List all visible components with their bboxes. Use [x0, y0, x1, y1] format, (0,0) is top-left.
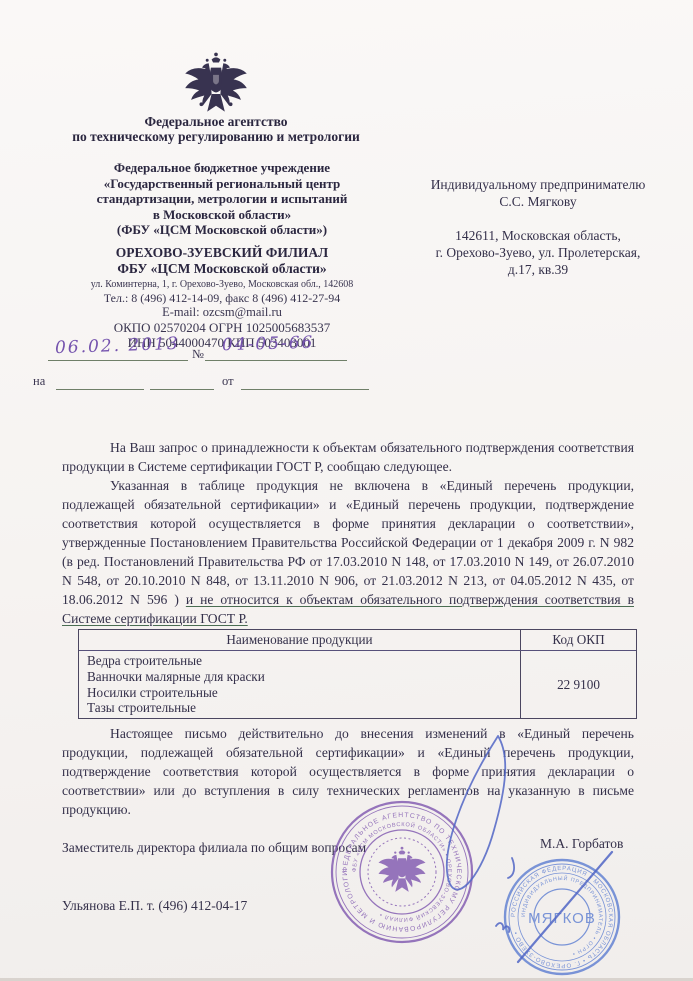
scanned-letter-page: Федеральное агентство по техническому ре… — [0, 0, 693, 981]
recipient-addr3: д.17, кв.39 — [392, 261, 684, 278]
entrepreneur-round-stamp: РОССИЙСКАЯ ФЕДЕРАЦИЯ • МОСКОВСКАЯ ОБЛАСТ… — [505, 860, 619, 974]
org-line: стандартизации, метрологии и испытаний — [46, 191, 398, 207]
product-table: Наименование продукции Код ОКП Ведра стр… — [78, 629, 637, 719]
executor-line: Ульянова Е.П. т. (496) 412-04-17 — [62, 898, 247, 914]
address-line: ул. Коминтерна, 1, г. Орехово-Зуево, Мос… — [26, 278, 418, 291]
coat-of-arms-eagle-icon — [171, 50, 261, 116]
recipient-block: Индивидуальному предпринимателю С.С. Мяг… — [392, 176, 684, 278]
paragraph-1: На Ваш запрос о принадлежности к объекта… — [62, 438, 634, 476]
entrepreneur-stamp-inner-ring-text: ИНДИВИДУАЛЬНЫЙ ПРЕДПРИНИМАТЕЛЬ • ОГРН • — [521, 874, 603, 957]
agency-line1: Федеральное агентство — [30, 114, 402, 129]
org-line: (ФБУ «ЦСМ Московской области») — [46, 222, 398, 238]
product-item: Ванночки малярные для краски — [87, 669, 512, 685]
org-line: Федеральное бюджетное учреждение — [46, 160, 398, 176]
product-item: Тазы строительные — [87, 700, 512, 716]
recipient-line2: С.С. Мягкову — [392, 193, 684, 210]
organization-name: Федеральное бюджетное учреждение «Госуда… — [46, 160, 398, 238]
na-rule-line-2 — [150, 389, 214, 390]
org-line: в Московской области» — [46, 207, 398, 223]
phone-line: Тел.: 8 (496) 412-14-09, факс 8 (496) 41… — [26, 291, 418, 305]
table-body-row: Ведра строительные Ванночки малярные для… — [79, 651, 636, 718]
agency-line2: по техническому регулированию и метролог… — [30, 129, 402, 144]
svg-text:ИНДИВИДУАЛЬНЫЙ ПРЕДПРИНИМАТЕЛЬ: ИНДИВИДУАЛЬНЫЙ ПРЕДПРИНИМАТЕЛЬ • ОГРН • — [521, 874, 603, 957]
table-header-product: Наименование продукции — [79, 630, 521, 650]
paragraph-3: Настоящее письмо действительно до внесен… — [62, 724, 634, 819]
svg-text:РОССИЙСКАЯ ФЕДЕРАЦИЯ • МОСКОВС: РОССИЙСКАЯ ФЕДЕРАЦИЯ • МОСКОВСКАЯ ОБЛАСТ… — [511, 866, 613, 968]
na-rule-line-1 — [56, 389, 144, 390]
okp-code-cell: 22 9100 — [521, 651, 636, 718]
body-paragraphs: На Ваш запрос о принадлежности к объекта… — [62, 438, 634, 628]
svg-text:ФБУ «ЦСМ МОСКОВСКОЙ ОБЛАСТИ» •: ФБУ «ЦСМ МОСКОВСКОЙ ОБЛАСТИ» • ОРЕХОВО-З… — [352, 821, 452, 922]
agency-name: Федеральное агентство по техническому ре… — [30, 114, 402, 144]
na-label: на — [33, 374, 45, 389]
paragraph-2-normal: Указанная в таблице продукция не включен… — [62, 478, 634, 607]
product-list-cell: Ведра строительные Ванночки малярные для… — [79, 651, 521, 718]
product-item: Носилки строительные — [87, 685, 512, 701]
official-stamp-inner-ring-text: ФБУ «ЦСМ МОСКОВСКОЙ ОБЛАСТИ» • ОРЕХОВО-З… — [352, 821, 452, 922]
body-paragraph-3-wrap: Настоящее письмо действительно до внесен… — [62, 724, 634, 824]
branch-line: ОРЕХОВО-ЗУЕВСКИЙ ФИЛИАЛ — [46, 245, 398, 261]
org-line: «Государственный региональный центр — [46, 176, 398, 192]
handwritten-date: 06.02. 2013 — [55, 334, 180, 358]
entrepreneur-stamp-center-text: МЯГКОВ — [528, 910, 596, 927]
signer-title: Заместитель директора филиала по общим в… — [62, 840, 366, 856]
branch-name: ОРЕХОВО-ЗУЕВСКИЙ ФИЛИАЛ ФБУ «ЦСМ Московс… — [46, 245, 398, 277]
branch-line: ФБУ «ЦСМ Московской области» — [46, 261, 398, 277]
table-header-okp: Код ОКП — [521, 630, 636, 650]
entrepreneur-stamp-outer-ring-text: РОССИЙСКАЯ ФЕДЕРАЦИЯ • МОСКОВСКАЯ ОБЛАСТ… — [511, 866, 613, 968]
product-item: Ведра строительные — [87, 653, 512, 669]
number-rule-line — [205, 360, 347, 361]
table-header-row: Наименование продукции Код ОКП — [79, 630, 636, 651]
number-sign-label: № — [192, 347, 204, 362]
recipient-addr1: 142611, Московская область, — [392, 227, 684, 244]
paragraph-2: Указанная в таблице продукция не включен… — [62, 476, 634, 628]
date-rule-line — [48, 360, 188, 361]
okpo-ogrn-line: ОКПО 02570204 ОГРН 1025005683537 — [26, 320, 418, 335]
handwritten-number: 04-05-66 — [222, 333, 315, 355]
recipient-addr2: г. Орехово-Зуево, ул. Пролетерская, — [392, 244, 684, 261]
email-line: E-mail: ozcsm@mail.ru — [26, 305, 418, 320]
ot-rule-line — [241, 389, 369, 390]
ot-label: от — [222, 374, 234, 389]
signer-name: М.А. Горбатов — [540, 836, 623, 852]
recipient-line1: Индивидуальному предпринимателю — [392, 176, 684, 193]
official-stamp-eagle-icon — [378, 847, 425, 892]
